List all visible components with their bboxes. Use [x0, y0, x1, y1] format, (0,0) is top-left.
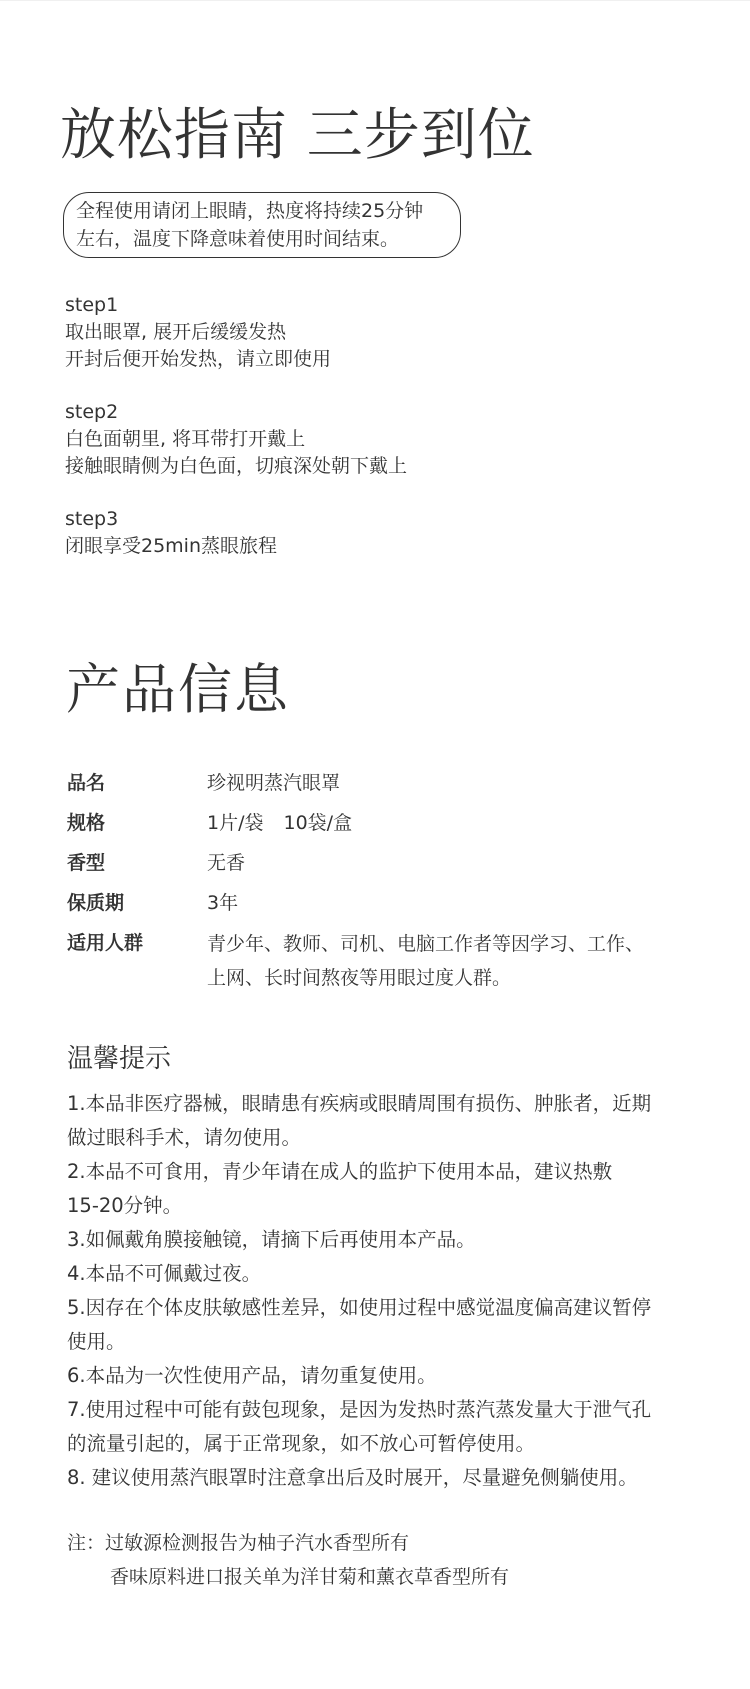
info-value: 无香 — [207, 850, 707, 877]
step-3: step3 闭眼享受25min蒸眼旅程 — [65, 506, 407, 560]
info-label: 品名 — [67, 770, 207, 797]
footnote: 注：过敏源检测报告为柚子汽水香型所有 香味原料进口报关单为洋甘菊和薰衣草香型所有 — [67, 1526, 509, 1594]
tip-line: 15-20分钟。 — [67, 1189, 727, 1223]
step-text: 取出眼罩, 展开后缓缓发热 — [65, 319, 407, 346]
notice-line: 全程使用请闭上眼睛，热度将持续25分钟 — [76, 197, 460, 225]
top-divider — [0, 0, 750, 1]
info-value: 青少年、教师、司机、电脑工作者等因学习、工作、 上网、长时间熬夜等用眼过度人群。 — [207, 927, 707, 995]
tip-line: 3.如佩戴角膜接触镜，请摘下后再使用本产品。 — [67, 1223, 727, 1257]
info-value-text: 10袋/盒 — [284, 812, 353, 834]
tip-line: 2.本品不可食用，青少年请在成人的监护下使用本品，建议热敷 — [67, 1155, 727, 1189]
step-1: step1 取出眼罩, 展开后缓缓发热 开封后便开始发热，请立即使用 — [65, 292, 407, 373]
step-text: 开封后便开始发热，请立即使用 — [65, 346, 407, 373]
step-text: 白色面朝里, 将耳带打开戴上 — [65, 426, 407, 453]
notice-line: 左右，温度下降意味着使用时间结束。 — [76, 225, 460, 253]
info-value-text: 1片/袋 — [207, 812, 264, 834]
info-row-spec: 规格 1片/袋10袋/盒 — [67, 810, 707, 837]
tips-list: 1.本品非医疗器械，眼睛患有疾病或眼睛周围有损伤、肿胀者，近期 做过眼科手术，请… — [67, 1087, 727, 1495]
tips-title: 温馨提示 — [67, 1042, 171, 1076]
step-label: step1 — [65, 292, 407, 319]
info-value: 珍视明蒸汽眼罩 — [207, 770, 707, 797]
tip-line: 7.使用过程中可能有鼓包现象，是因为发热时蒸汽蒸发量大于泄气孔 — [67, 1393, 727, 1427]
footnote-line: 注：过敏源检测报告为柚子汽水香型所有 — [67, 1526, 509, 1560]
info-value-text: 上网、长时间熬夜等用眼过度人群。 — [207, 961, 707, 995]
guide-title: 放松指南 三步到位 — [60, 104, 535, 168]
info-value-text: 无香 — [207, 850, 707, 877]
info-label: 规格 — [67, 810, 207, 837]
step-label: step2 — [65, 399, 407, 426]
info-value: 1片/袋10袋/盒 — [207, 810, 707, 837]
info-row-scent: 香型 无香 — [67, 850, 707, 877]
info-row-target-users: 适用人群 青少年、教师、司机、电脑工作者等因学习、工作、 上网、长时间熬夜等用眼… — [67, 930, 707, 995]
footnote-line: 香味原料进口报关单为洋甘菊和薰衣草香型所有 — [67, 1560, 509, 1594]
product-info-title: 产品信息 — [66, 660, 290, 720]
info-value-text: 青少年、教师、司机、电脑工作者等因学习、工作、 — [207, 927, 707, 961]
info-value-text: 珍视明蒸汽眼罩 — [207, 770, 707, 797]
info-label: 适用人群 — [67, 930, 207, 957]
tip-line: 1.本品非医疗器械，眼睛患有疾病或眼睛周围有损伤、肿胀者，近期 — [67, 1087, 727, 1121]
info-row-shelf-life: 保质期 3年 — [67, 890, 707, 917]
product-info-table: 品名 珍视明蒸汽眼罩 规格 1片/袋10袋/盒 香型 无香 保质期 3年 适用人… — [67, 770, 707, 1008]
info-value-text: 3年 — [207, 890, 707, 917]
step-2: step2 白色面朝里, 将耳带打开戴上 接触眼睛侧为白色面，切痕深处朝下戴上 — [65, 399, 407, 480]
tip-line: 6.本品为一次性使用产品，请勿重复使用。 — [67, 1359, 727, 1393]
tip-line: 使用。 — [67, 1325, 727, 1359]
info-label: 香型 — [67, 850, 207, 877]
steps-list: step1 取出眼罩, 展开后缓缓发热 开封后便开始发热，请立即使用 step2… — [65, 292, 407, 586]
step-label: step3 — [65, 506, 407, 533]
tip-line: 的流量引起的，属于正常现象，如不放心可暂停使用。 — [67, 1427, 727, 1461]
info-row-name: 品名 珍视明蒸汽眼罩 — [67, 770, 707, 797]
step-text: 接触眼睛侧为白色面，切痕深处朝下戴上 — [65, 453, 407, 480]
step-text: 闭眼享受25min蒸眼旅程 — [65, 533, 407, 560]
tip-line: 5.因存在个体皮肤敏感性差异，如使用过程中感觉温度偏高建议暂停 — [67, 1291, 727, 1325]
tip-line: 4.本品不可佩戴过夜。 — [67, 1257, 727, 1291]
info-value: 3年 — [207, 890, 707, 917]
tip-line: 做过眼科手术，请勿使用。 — [67, 1121, 727, 1155]
info-label: 保质期 — [67, 890, 207, 917]
tip-line: 8. 建议使用蒸汽眼罩时注意拿出后及时展开，尽量避免侧躺使用。 — [67, 1461, 727, 1495]
usage-notice-box: 全程使用请闭上眼睛，热度将持续25分钟 左右，温度下降意味着使用时间结束。 — [63, 192, 461, 258]
